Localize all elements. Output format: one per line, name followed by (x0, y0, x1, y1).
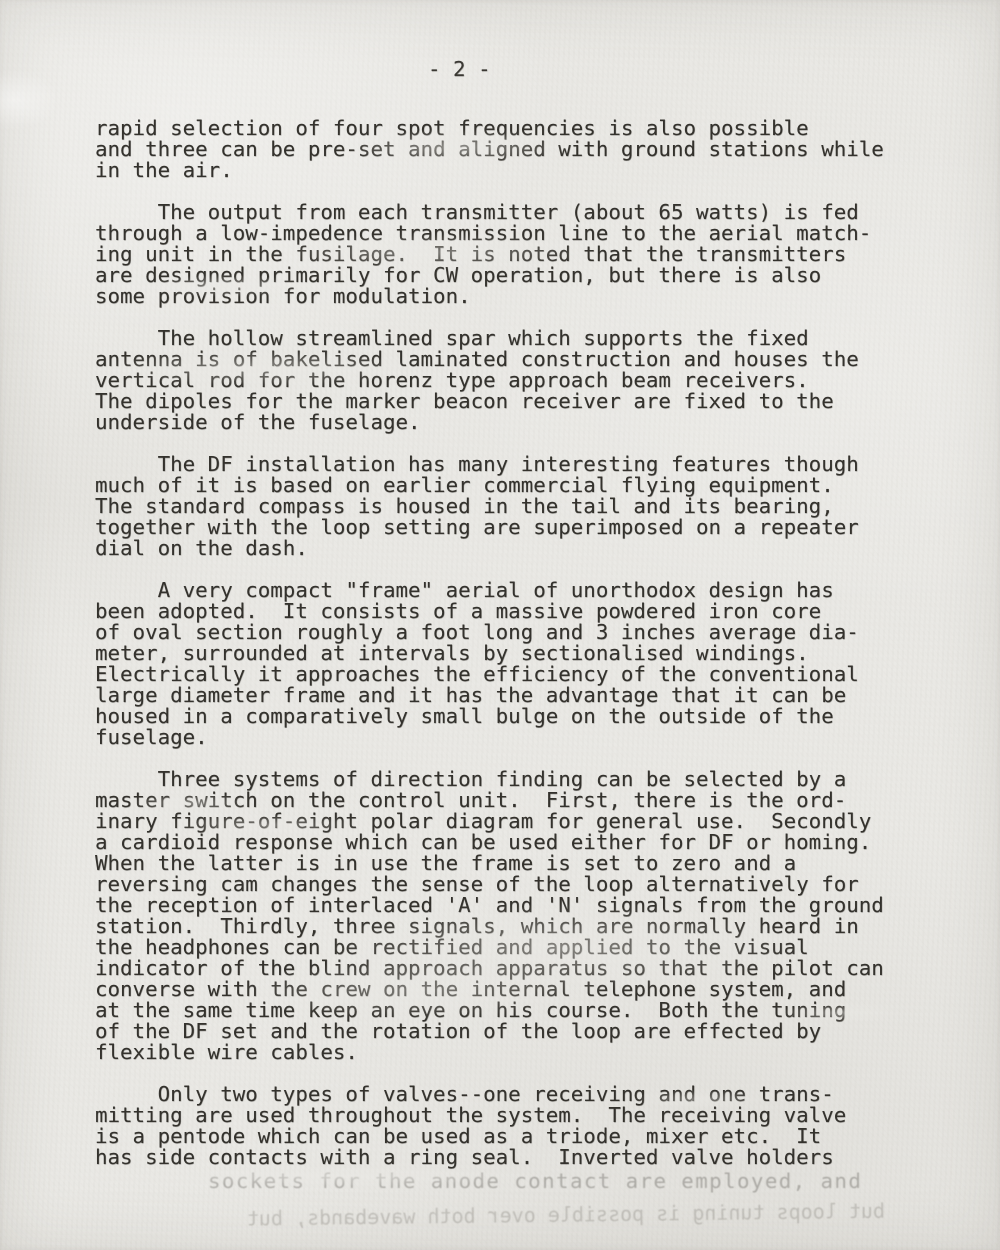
paragraph: Only two types of valves--one receiving … (95, 1084, 910, 1168)
ghost-faded-line: sockets for the anode contact are employ… (208, 1171, 862, 1192)
page-number: - 2 - (428, 59, 491, 80)
document-body: rapid selection of four spot frequencies… (95, 118, 910, 1189)
paragraph: The DF installation has many interesting… (95, 454, 910, 559)
paragraph: The hollow streamlined spar which suppor… (95, 328, 910, 433)
paragraph: Three systems of direction finding can b… (95, 769, 910, 1063)
paragraph: rapid selection of four spot frequencies… (95, 118, 910, 181)
paragraph: The output from each transmitter (about … (95, 202, 910, 307)
ghost-bleedthrough-line: but loops tuning is possible over both w… (185, 1201, 885, 1231)
paragraph: A very compact "frame" aerial of unortho… (95, 580, 910, 748)
document-page: - 2 - rapid selection of four spot frequ… (0, 0, 1000, 1250)
